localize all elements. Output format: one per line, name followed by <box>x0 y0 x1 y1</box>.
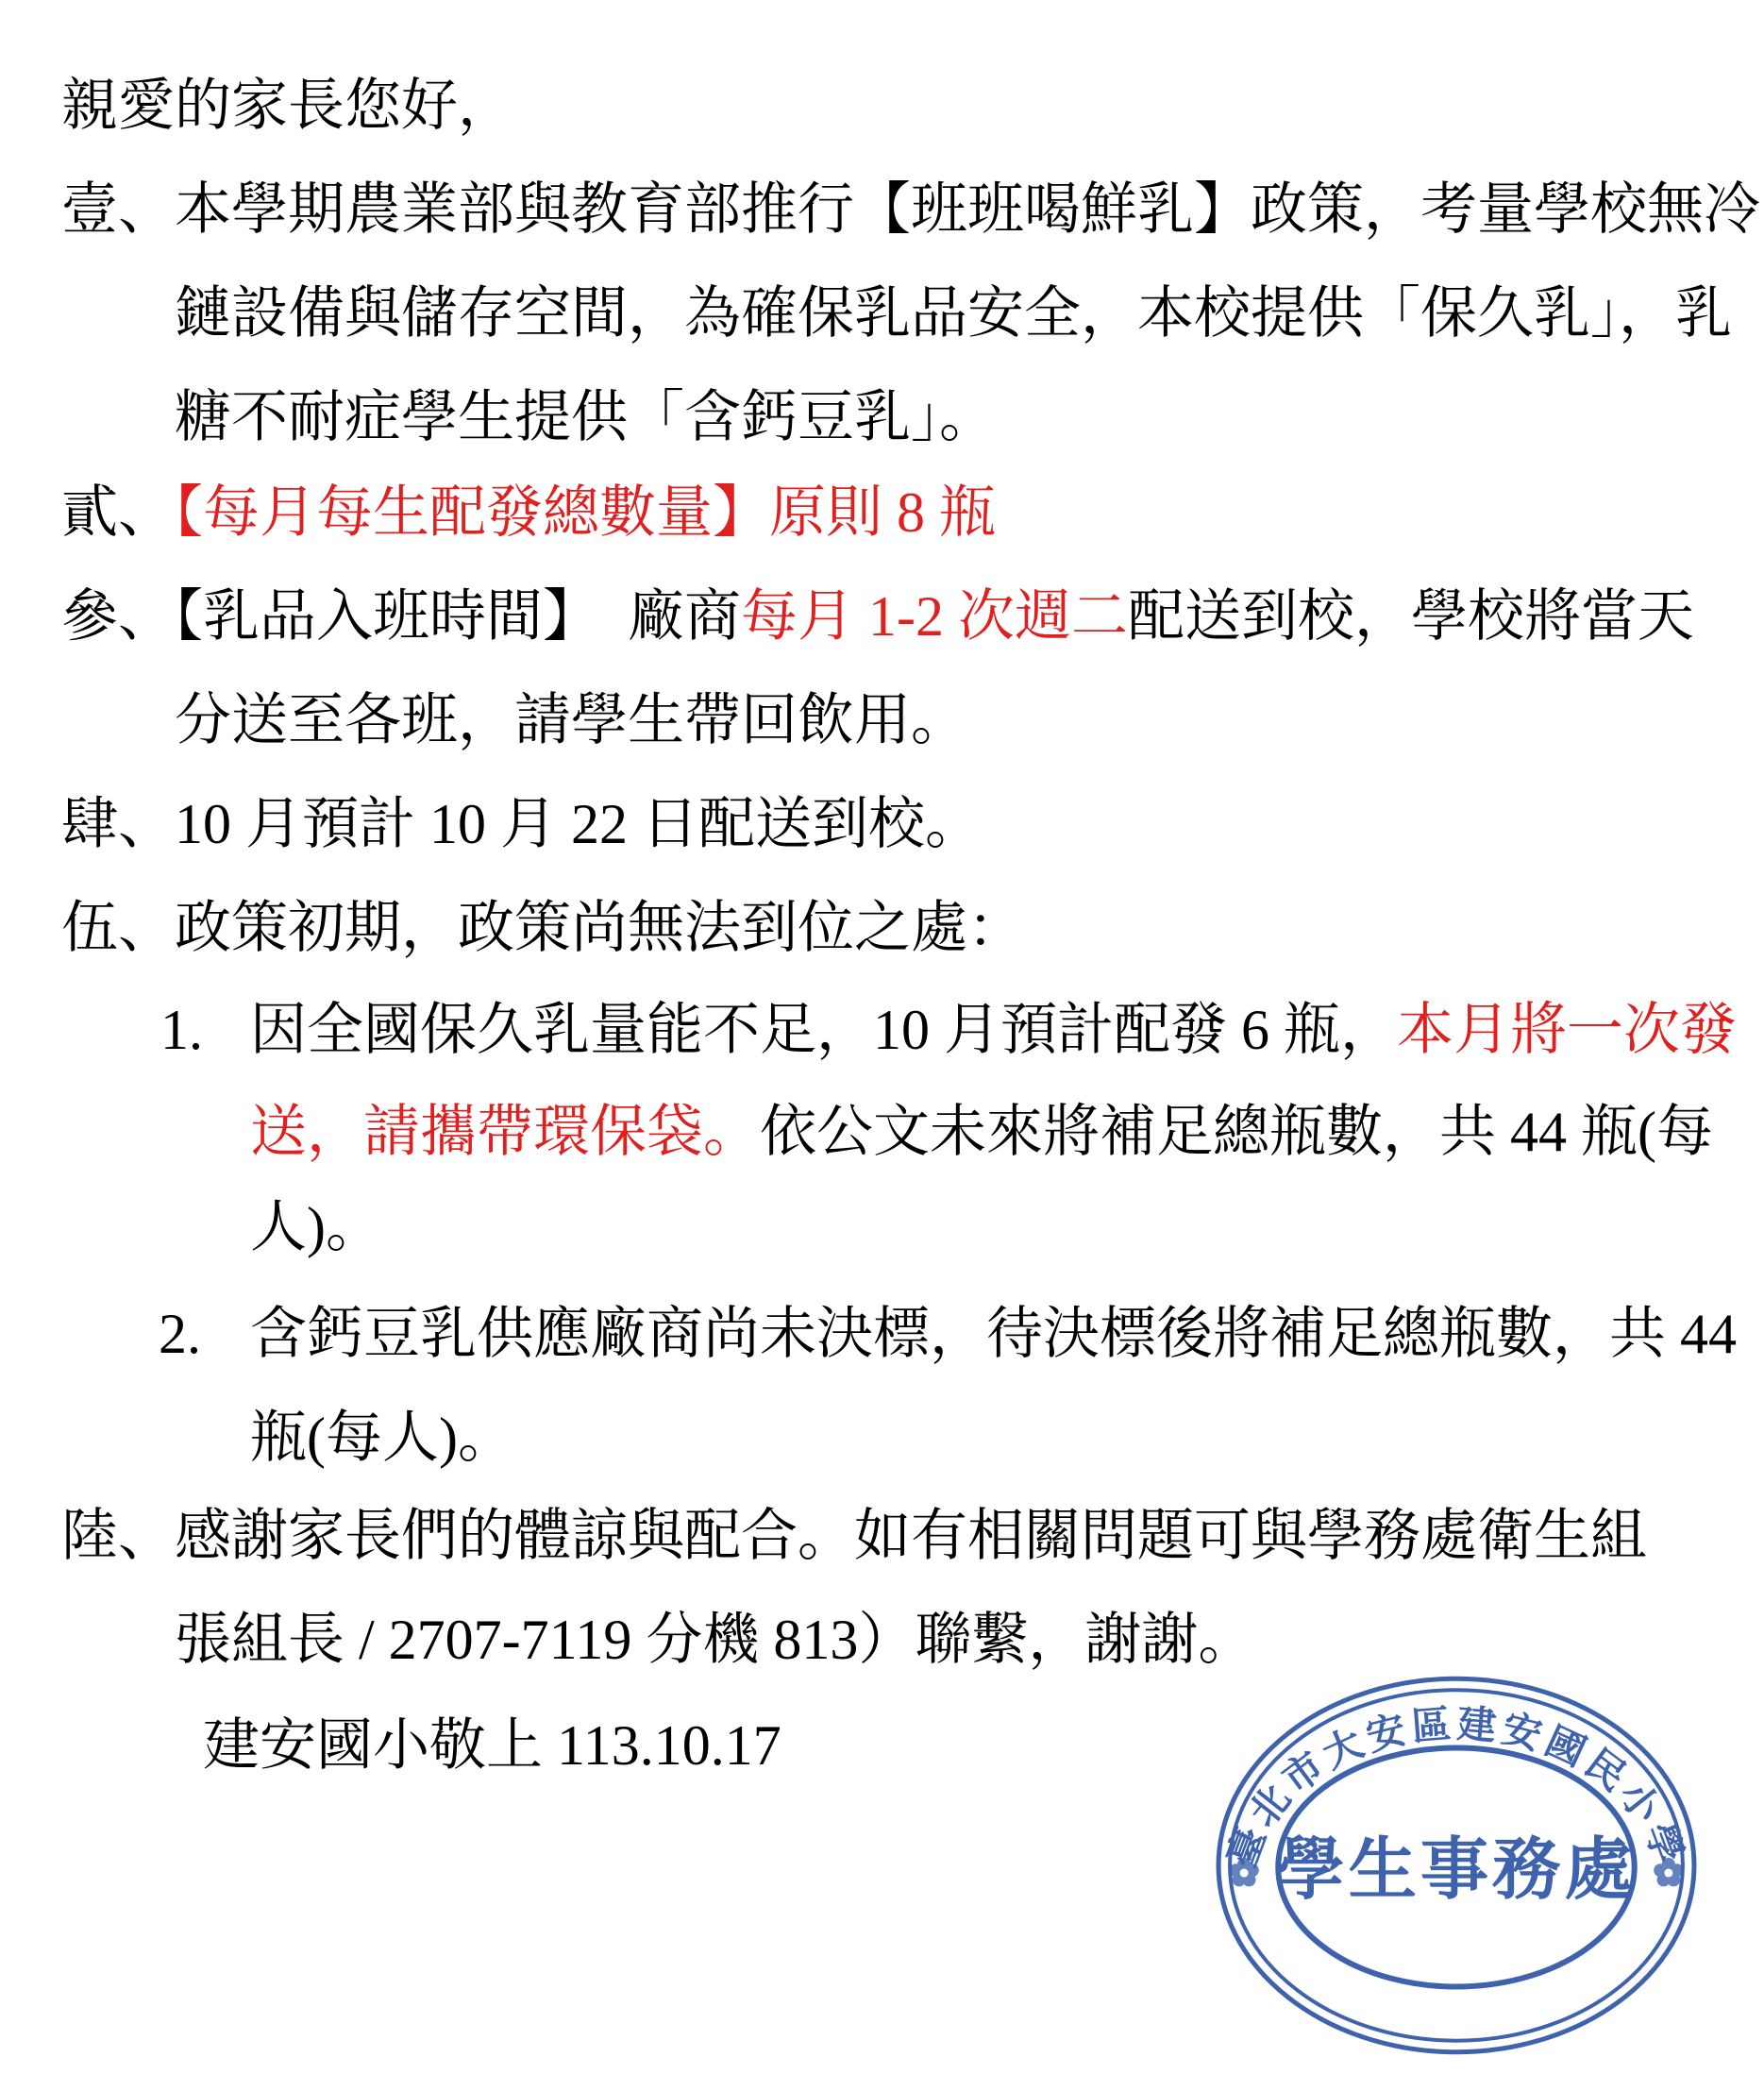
text-line: 瓶(每人)。 <box>250 1407 514 1469</box>
text-segment: 配送到校，學校將當天 <box>1128 585 1694 648</box>
highlight-text: 送，請攜帶環保袋。 <box>250 1101 760 1163</box>
highlight-text: 本月將一次發 <box>1397 999 1737 1061</box>
text-line: 壹、本學期農業部與教育部推行【班班喝鮮乳】政策，考量學校無冷 <box>61 178 1760 241</box>
highlight-text: 每月 1-2 次週二 <box>741 585 1128 648</box>
school-stamp: 臺北市大安區建安國民小學 學生事務處 <box>1210 1671 1703 2060</box>
text-line: 張組長 / 2707-7119 分機 813）聯繫，謝謝。 <box>175 1609 1254 1671</box>
text-segment: 親愛的家長您好， <box>61 75 514 137</box>
text-line: 陸、感謝家長們的體諒與配合。如有相關問題可與學務處衛生組 <box>61 1505 1647 1567</box>
text-line: 2.含鈣豆乳供應廠商尚未決標，待決標後將補足總瓶數，共 44 <box>159 1303 1737 1365</box>
text-segment: 伍、政策初期，政策尚無法到位之處： <box>61 897 1024 959</box>
text-segment: 貳、 <box>61 481 175 544</box>
stamp-center-text: 學生事務處 <box>1276 1832 1636 1908</box>
text-line: 糖不耐症學生提供「含鈣豆乳」。 <box>175 386 996 448</box>
text-segment: 陸、感謝家長們的體諒與配合。如有相關問題可與學務處衛生組 <box>61 1505 1647 1567</box>
text-line: 參、【乳品入班時間】 廠商每月 1-2 次週二配送到校，學校將當天 <box>61 585 1694 648</box>
text-line: 分送至各班，請學生帶回飲用。 <box>175 689 967 751</box>
text-line: 親愛的家長您好， <box>61 75 514 137</box>
text-line: 1.因全國保久乳量能不足，10 月預計配發 6 瓶，本月將一次發 <box>160 999 1737 1061</box>
text-line: 鏈設備與儲存空間，為確保乳品安全，本校提供「保久乳」，乳 <box>175 282 1732 345</box>
text-segment: 鏈設備與儲存空間，為確保乳品安全，本校提供「保久乳」，乳 <box>175 282 1732 345</box>
highlight-text: 【每月每生配發總數量】原則 8 瓶 <box>175 481 996 544</box>
text-segment: 壹、本學期農業部與教育部推行【班班喝鮮乳】政策，考量學校無冷 <box>61 178 1760 241</box>
text-line: 肆、10 月預計 10 月 22 日配送到校。 <box>61 793 982 855</box>
text-segment: 人)。 <box>250 1196 382 1258</box>
text-segment: 因全國保久乳量能不足，10 月預計配發 6 瓶， <box>250 999 1397 1061</box>
text-segment: 含鈣豆乳供應廠商尚未決標，待決標後將補足總瓶數，共 44 <box>250 1303 1737 1365</box>
text-segment: 建安國小敬上 113.10.17 <box>203 1714 781 1777</box>
list-number: 1. <box>160 999 250 1061</box>
text-segment: 分送至各班，請學生帶回飲用。 <box>175 689 967 751</box>
text-segment: 瓶(每人)。 <box>250 1407 514 1469</box>
text-line: 送，請攜帶環保袋。依公文未來將補足總瓶數，共 44 瓶(每 <box>250 1101 1713 1163</box>
list-number: 2. <box>159 1303 250 1365</box>
text-segment: 張組長 / 2707-7119 分機 813）聯繫，謝謝。 <box>175 1609 1254 1671</box>
text-segment: 參、【乳品入班時間】 廠商 <box>61 585 741 648</box>
text-line: 人)。 <box>250 1196 382 1258</box>
text-line: 建安國小敬上 113.10.17 <box>203 1714 781 1777</box>
text-segment: 依公文未來將補足總瓶數，共 44 瓶(每 <box>760 1101 1713 1163</box>
text-segment: 糖不耐症學生提供「含鈣豆乳」。 <box>175 386 996 448</box>
text-line: 伍、政策初期，政策尚無法到位之處： <box>61 897 1024 959</box>
text-line: 貳、【每月每生配發總數量】原則 8 瓶 <box>61 481 996 544</box>
text-segment: 肆、10 月預計 10 月 22 日配送到校。 <box>61 793 982 855</box>
